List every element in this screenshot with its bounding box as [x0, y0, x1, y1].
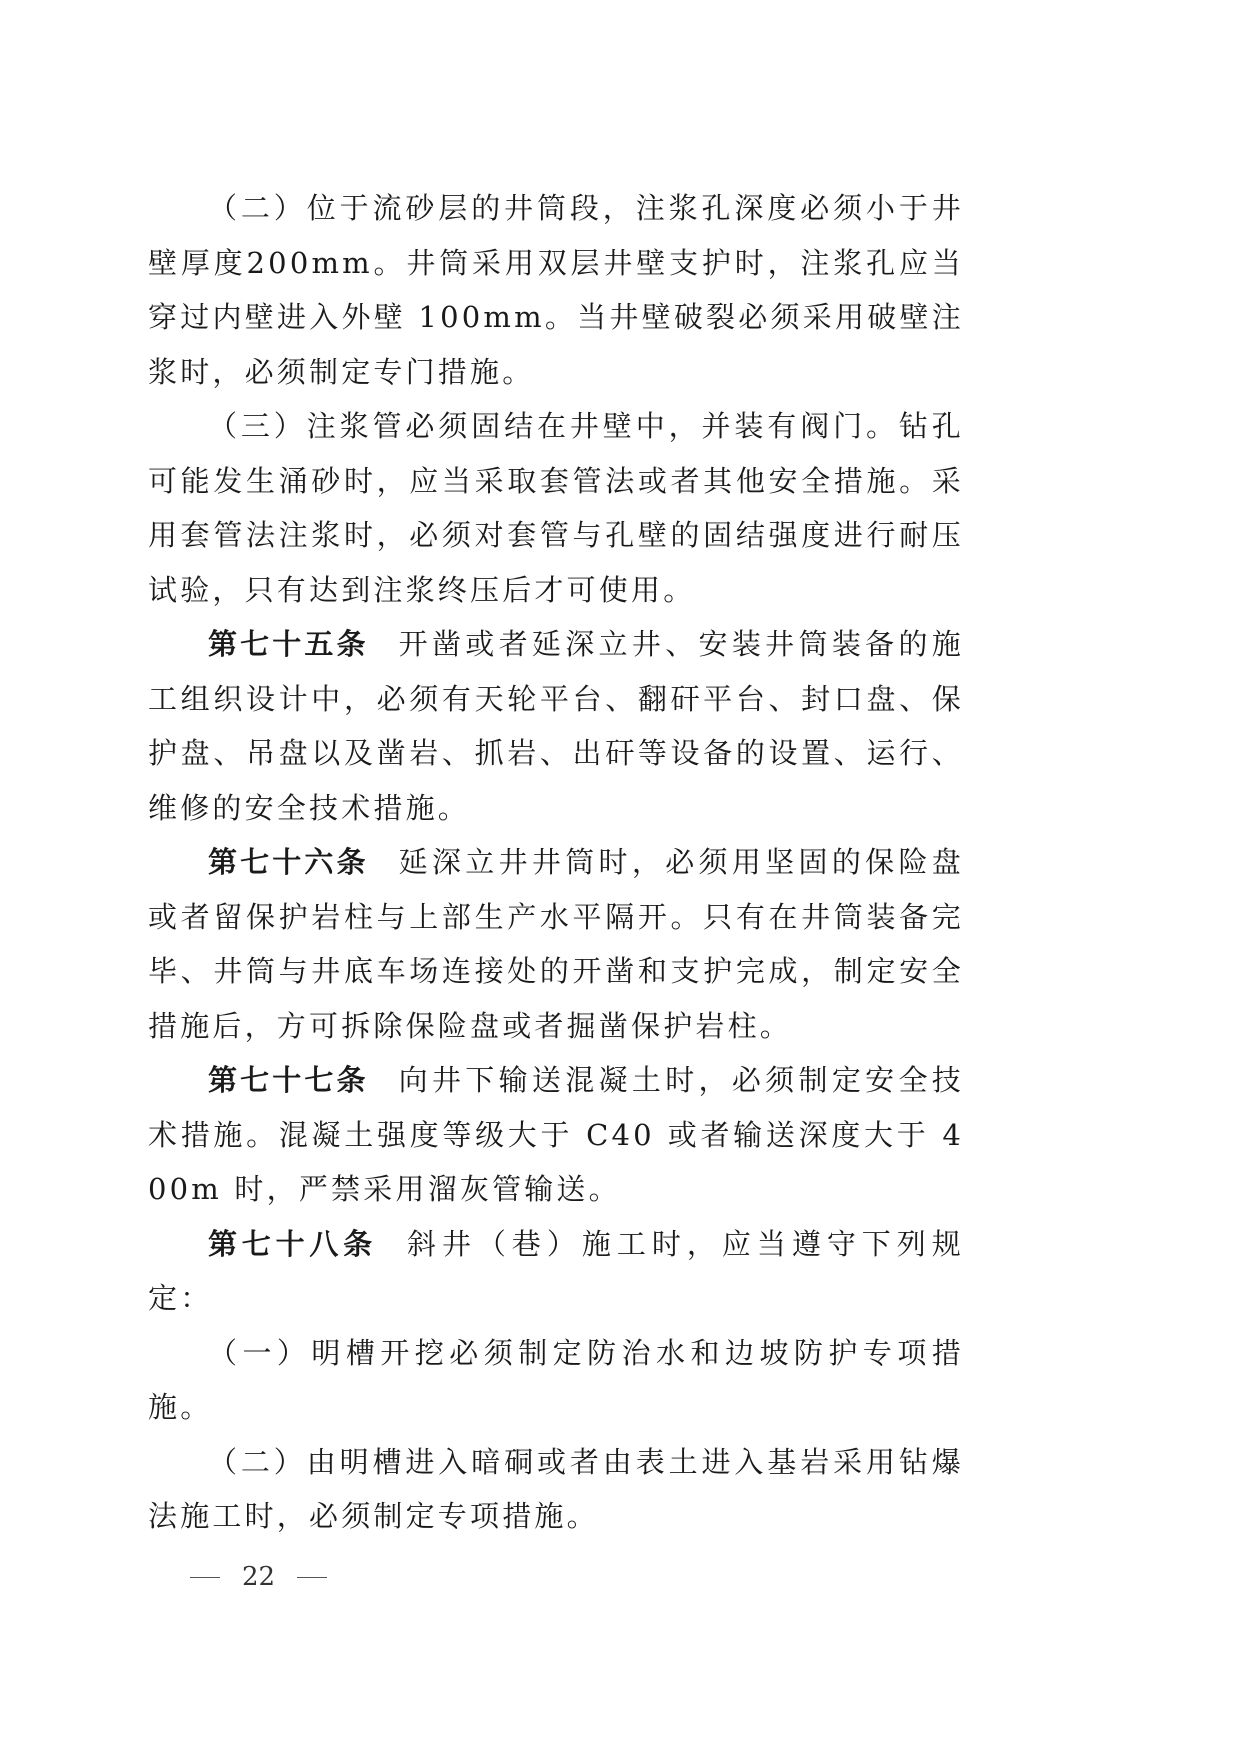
clause-paragraph: （一）明槽开挖必须制定防治水和边坡防护专项措施。	[148, 1326, 964, 1435]
clause-text: （二）位于流砂层的井筒段，注浆孔深度必须小于井壁厚度200mm。井筒采用双层井壁…	[148, 191, 964, 389]
clause-text: （三）注浆管必须固结在井壁中，并装有阀门。钻孔可能发生涌砂时，应当采取套管法或者…	[148, 409, 964, 607]
clause-text: （一）明槽开挖必须制定防治水和边坡防护专项措施。	[148, 1336, 964, 1425]
article-paragraph: 第七十七条向井下输送混凝土时，必须制定安全技术措施。混凝土强度等级大于 C40 …	[148, 1053, 964, 1217]
article-paragraph: 第七十六条延深立井井筒时，必须用坚固的保险盘或者留保护岩柱与上部生产水平隔开。只…	[148, 835, 964, 1053]
document-body: （二）位于流砂层的井筒段，注浆孔深度必须小于井壁厚度200mm。井筒采用双层井壁…	[148, 181, 964, 1544]
footer-dash-right	[297, 1577, 327, 1578]
article-title: 第七十八条	[208, 1227, 377, 1261]
clause-text: （二）由明槽进入暗硐或者由表土进入基岩采用钻爆法施工时，必须制定专项措施。	[148, 1445, 964, 1534]
article-title: 第七十五条	[208, 627, 369, 661]
footer-dash-left	[190, 1577, 220, 1578]
clause-paragraph: （二）位于流砂层的井筒段，注浆孔深度必须小于井壁厚度200mm。井筒采用双层井壁…	[148, 181, 964, 399]
article-paragraph: 第七十八条斜井（巷）施工时，应当遵守下列规定：	[148, 1217, 964, 1326]
page-number: 22	[242, 1562, 275, 1592]
clause-paragraph: （二）由明槽进入暗硐或者由表土进入基岩采用钻爆法施工时，必须制定专项措施。	[148, 1435, 964, 1544]
article-paragraph: 第七十五条开凿或者延深立井、安装井筒装备的施工组织设计中，必须有天轮平台、翻矸平…	[148, 617, 964, 835]
article-title: 第七十六条	[208, 845, 369, 879]
clause-paragraph: （三）注浆管必须固结在井壁中，并装有阀门。钻孔可能发生涌砂时，应当采取套管法或者…	[148, 399, 964, 617]
article-title: 第七十七条	[208, 1063, 369, 1097]
page-footer: 22	[190, 1562, 327, 1592]
